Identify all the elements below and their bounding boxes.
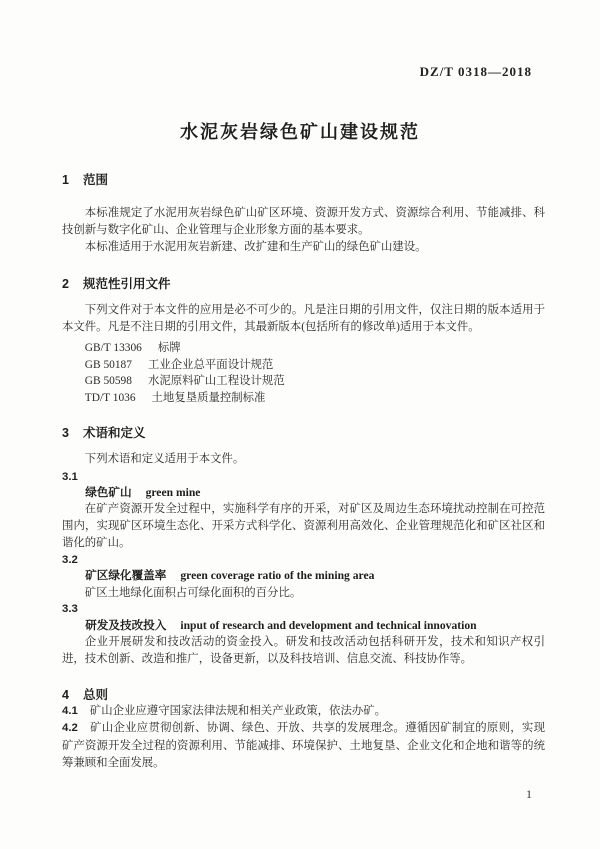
section-number: 3	[62, 425, 69, 441]
reference-list: GB/T 13306标牌 GB 50187工业企业总平面设计规范 GB 5059…	[62, 340, 545, 406]
reference-item: GB 50598水泥原料矿山工程设计规范	[62, 373, 545, 390]
clause-text: 矿山企业应遵守国家法律法规和相关产业政策，依法办矿。	[90, 705, 386, 717]
section-title: 范围	[83, 173, 108, 187]
reference-item: GB 50187工业企业总平面设计规范	[62, 357, 545, 374]
section-heading-general: 4总则	[62, 687, 545, 703]
term-name-en: green coverage ratio of the mining area	[180, 569, 374, 582]
reference-item: TD/T 1036土地复垦质量控制标准	[62, 390, 545, 407]
term-number: 3.3	[62, 601, 545, 617]
reference-code: GB 50598	[85, 375, 132, 387]
document-body: 1范围 本标准规定了水泥用灰岩绿色矿山矿区环境、资源开发方式、资源综合利用、节能…	[62, 172, 545, 772]
term-definition: 在矿产资源开发全过程中，实施科学有序的开采，对矿区及周边生态环境扰动控制在可控范…	[62, 501, 545, 551]
section-title: 术语和定义	[83, 426, 146, 440]
standard-number: DZ/T 0318—2018	[420, 64, 532, 80]
term-definition: 矿区土地绿化面积占可绿化面积的百分比。	[62, 585, 545, 602]
section-title: 规范性引用文件	[83, 277, 171, 291]
reference-title: 水泥原料矿山工程设计规范	[148, 375, 285, 387]
term-definition: 企业开展研发和技改活动的资金投入。研发和技改活动包括科研开发，技术和知识产权引进…	[62, 634, 545, 668]
section-heading-normative-references: 2规范性引用文件	[62, 276, 545, 292]
reference-item: GB/T 13306标牌	[62, 340, 545, 357]
term-name-zh: 矿区绿化覆盖率	[85, 569, 166, 582]
term-heading: 绿色矿山green mine	[62, 485, 545, 501]
clause-text: 矿山企业应贯彻创新、协调、绿色、开放、共享的发展理念。遵循因矿制宜的原则，实现矿…	[62, 722, 545, 769]
clause-number: 4.1	[62, 705, 78, 717]
section-heading-terms: 3术语和定义	[62, 425, 545, 441]
document-page: DZ/T 0318—2018 水泥灰岩绿色矿山建设规范 1范围 本标准规定了水泥…	[0, 0, 600, 849]
reference-title: 土地复垦质量控制标准	[152, 392, 266, 404]
term-heading: 矿区绿化覆盖率green coverage ratio of the minin…	[62, 568, 545, 584]
terms-intro: 下列术语和定义适用于本文件。	[62, 451, 545, 468]
section-heading-scope: 1范围	[62, 172, 545, 188]
term-name-en: input of research and development and te…	[180, 619, 476, 632]
section-number: 1	[62, 172, 69, 188]
reference-title: 标牌	[158, 342, 181, 354]
clause: 4.1矿山企业应遵守国家法律法规和相关产业政策，依法办矿。	[62, 703, 545, 720]
term-number: 3.2	[62, 552, 545, 568]
section-number: 4	[62, 687, 69, 703]
paragraph: 下列文件对于本文件的应用是必不可少的。凡是注日期的引用文件，仅注日期的版本适用于…	[62, 302, 545, 336]
reference-title: 工业企业总平面设计规范	[148, 359, 273, 371]
clause-number: 4.2	[62, 722, 78, 734]
paragraph: 本标准适用于水泥用灰岩新建、改扩建和生产矿山的绿色矿山建设。	[62, 239, 545, 256]
section-title: 总则	[83, 688, 108, 702]
reference-code: GB 50187	[85, 359, 132, 371]
paragraph: 本标准规定了水泥用灰岩绿色矿山矿区环境、资源开发方式、资源综合利用、节能减排、科…	[62, 205, 545, 239]
reference-code: TD/T 1036	[85, 392, 136, 404]
clause: 4.2矿山企业应贯彻创新、协调、绿色、开放、共享的发展理念。遵循因矿制宜的原则，…	[62, 720, 545, 772]
term-name-en: green mine	[146, 486, 201, 499]
page-number: 1	[526, 787, 532, 802]
term-heading: 研发及技改投入input of research and development…	[62, 618, 545, 634]
term-name-zh: 绿色矿山	[85, 486, 131, 499]
reference-code: GB/T 13306	[85, 342, 142, 354]
document-title: 水泥灰岩绿色矿山建设规范	[0, 118, 600, 144]
section-number: 2	[62, 276, 69, 292]
term-name-zh: 研发及技改投入	[85, 619, 166, 632]
term-number: 3.1	[62, 469, 545, 485]
